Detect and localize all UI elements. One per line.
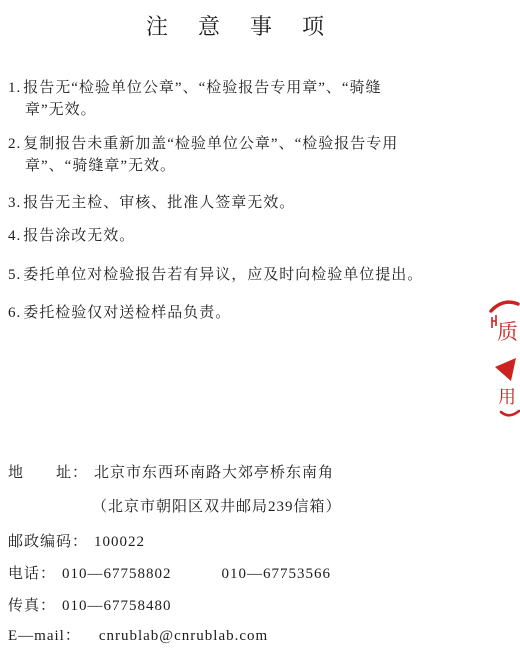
- seal-char-bottom: 用: [498, 387, 516, 407]
- postal-value: 100022: [94, 534, 145, 550]
- note-number: 3.: [8, 192, 21, 214]
- red-seal-fragment-icon: 质 用: [488, 295, 520, 425]
- phone-value-1: 010—67758802: [62, 566, 172, 582]
- note-text: 复制报告未重新加盖“检验单位公章”、“检验报告专用: [23, 136, 398, 152]
- phone-row: 电话：010—67758802010—67753566: [8, 565, 331, 584]
- phone-value-2: 010—67753566: [222, 566, 332, 582]
- notice-page: 注意事项 1.报告无“检验单位公章”、“检验报告专用章”、“骑缝 章”无效。 2…: [0, 0, 520, 655]
- note-line: 6.委托检验仅对送检样品负责。: [8, 302, 486, 324]
- note-item-6: 6.委托检验仅对送检样品负责。: [8, 302, 486, 324]
- email-row: E—mail：cnrublab@cnrublab.com: [8, 627, 268, 646]
- note-number: 2.: [8, 133, 21, 155]
- note-line: 5.委托单位对检验报告若有异议，应及时向检验单位提出。: [8, 264, 486, 286]
- fax-value: 010—67758480: [62, 598, 172, 614]
- fax-row: 传真：010—67758480: [8, 597, 172, 616]
- note-number: 4.: [8, 225, 21, 247]
- address-note-row: （北京市朝阳区双井邮局239信箱）: [8, 498, 342, 517]
- email-label: E—mail：: [8, 628, 81, 644]
- postal-row: 邮政编码：100022: [8, 533, 145, 552]
- note-item-4: 4.报告涂改无效。: [8, 225, 486, 247]
- note-text: 章”无效。: [8, 99, 486, 121]
- note-line: 1.报告无“检验单位公章”、“检验报告专用章”、“骑缝: [8, 77, 486, 99]
- note-item-2: 2.复制报告未重新加盖“检验单位公章”、“检验报告专用 章”、“骑缝章”无效。: [8, 133, 486, 177]
- address-label: 地 址：: [8, 465, 88, 481]
- address-row: 地 址：北京市东西环南路大郊亭桥东南角: [8, 464, 334, 483]
- note-line: 2.复制报告未重新加盖“检验单位公章”、“检验报告专用: [8, 133, 486, 155]
- note-item-5: 5.委托单位对检验报告若有异议，应及时向检验单位提出。: [8, 264, 486, 286]
- address-note: （北京市朝阳区双井邮局239信箱）: [92, 499, 342, 515]
- note-number: 5.: [8, 264, 21, 286]
- page-title: 注意事项: [0, 13, 470, 40]
- email-value: cnrublab@cnrublab.com: [99, 628, 268, 644]
- note-text: 章”、“骑缝章”无效。: [8, 155, 486, 177]
- note-line: 3.报告无主检、审核、批准人签章无效。: [8, 192, 486, 214]
- note-text: 委托检验仅对送检样品负责。: [23, 305, 231, 321]
- note-line: 4.报告涂改无效。: [8, 225, 486, 247]
- seal-char-top: 质: [497, 320, 518, 344]
- note-text: 委托单位对检验报告若有异议，应及时向检验单位提出。: [23, 267, 423, 283]
- note-text: 报告涂改无效。: [23, 228, 135, 244]
- note-item-1: 1.报告无“检验单位公章”、“检验报告专用章”、“骑缝 章”无效。: [8, 77, 486, 121]
- postal-label: 邮政编码：: [8, 534, 88, 550]
- note-number: 6.: [8, 302, 21, 324]
- address-value: 北京市东西环南路大郊亭桥东南角: [94, 465, 334, 481]
- phone-label: 电话：: [8, 566, 56, 582]
- note-text: 报告无“检验单位公章”、“检验报告专用章”、“骑缝: [23, 80, 381, 96]
- fax-label: 传真：: [8, 598, 56, 614]
- note-item-3: 3.报告无主检、审核、批准人签章无效。: [8, 192, 486, 214]
- note-number: 1.: [8, 77, 21, 99]
- note-text: 报告无主检、审核、批准人签章无效。: [23, 195, 295, 211]
